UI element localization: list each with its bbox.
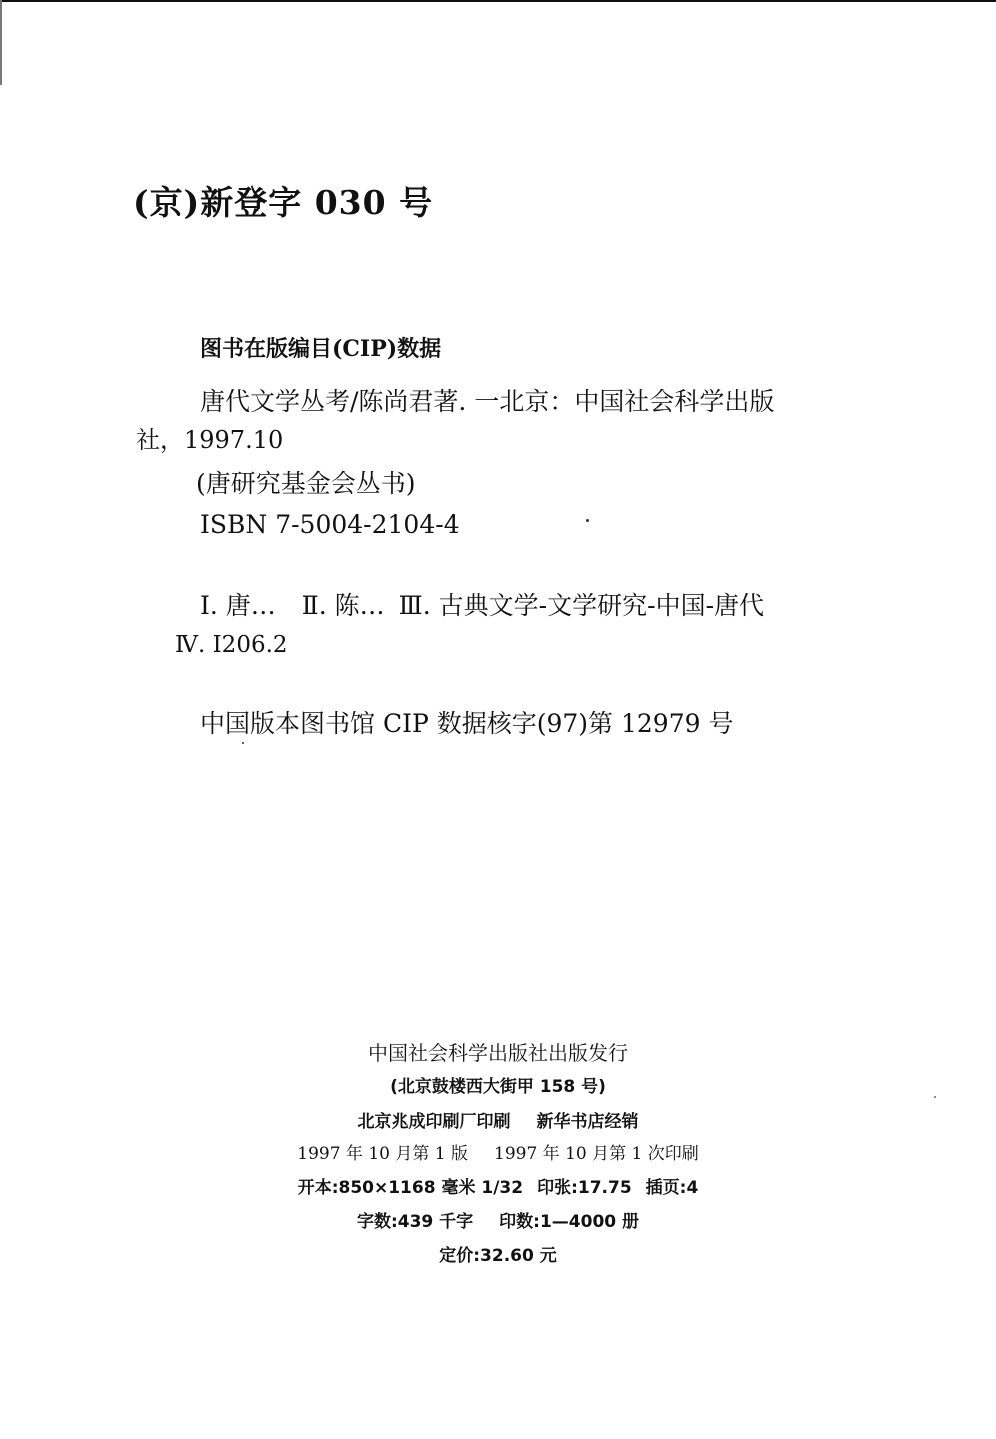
imprint-plates: 插页:4 (646, 1178, 699, 1198)
imprint-edition: 1997 年 10 月第 1 版 (297, 1144, 468, 1164)
cip-classification-line-1: Ⅰ. 唐…Ⅱ. 陈…Ⅲ. 古典文学-文学研究-中国-唐代 (200, 593, 764, 618)
scan-left-border (0, 0, 2, 85)
cip-series: (唐研究基金会丛书) (196, 471, 416, 496)
imprint-price: 定价:32.60 元 (0, 1248, 996, 1265)
imprint-printing: 1997 年 10 月第 1 次印刷 (494, 1144, 699, 1164)
registration-number: (京)新登字 030 号 (133, 186, 433, 219)
imprint-address: (北京鼓楼西大街甲 158 号) (0, 1079, 996, 1096)
cip-entry-line-2: 社，1997.10 (136, 428, 283, 452)
imprint-edition-printing: 1997 年 10 月第 1 版1997 年 10 月第 1 次印刷 (0, 1146, 996, 1163)
scan-top-border (0, 0, 996, 2)
cip-isbn: ISBN 7-5004-2104-4 (200, 512, 460, 537)
imprint-word-count: 字数:439 千字 (357, 1212, 473, 1232)
cip-entry-line-1: 唐代文学丛考/陈尚君著. 一北京：中国社会科学出版 (200, 389, 774, 414)
scan-speck (586, 519, 589, 522)
cip-approval-number: 中国版本图书馆 CIP 数据核字(97)第 12979 号 (200, 711, 733, 736)
imprint-distributor: 新华书店经销 (537, 1112, 639, 1132)
scan-speck (934, 1096, 936, 1098)
imprint-format: 开本:850×1168 毫米 1/32 (298, 1178, 523, 1198)
imprint-printer-distributor: 北京兆成印刷厂印刷新华书店经销 (0, 1114, 996, 1131)
imprint-format-line: 开本:850×1168 毫米 1/32印张:17.75插页:4 (0, 1180, 996, 1197)
imprint-sheets: 印张:17.75 (537, 1178, 632, 1198)
imprint-count-line: 字数:439 千字印数:1—4000 册 (0, 1214, 996, 1231)
imprint-printer: 北京兆成印刷厂印刷 (358, 1112, 511, 1132)
classification-item-4: Ⅳ. I206.2 (175, 634, 288, 657)
cip-heading: 图书在版编目(CIP)数据 (200, 338, 441, 360)
imprint-print-run: 印数:1—4000 册 (499, 1212, 639, 1232)
scan-speck (242, 742, 244, 744)
classification-item-2: Ⅱ. 陈… (302, 591, 385, 620)
classification-item-3: Ⅲ. 古典文学-文学研究-中国-唐代 (399, 591, 764, 620)
imprint-publisher: 中国社会科学出版社出版发行 (0, 1043, 996, 1063)
classification-item-1: Ⅰ. 唐… (200, 591, 276, 620)
